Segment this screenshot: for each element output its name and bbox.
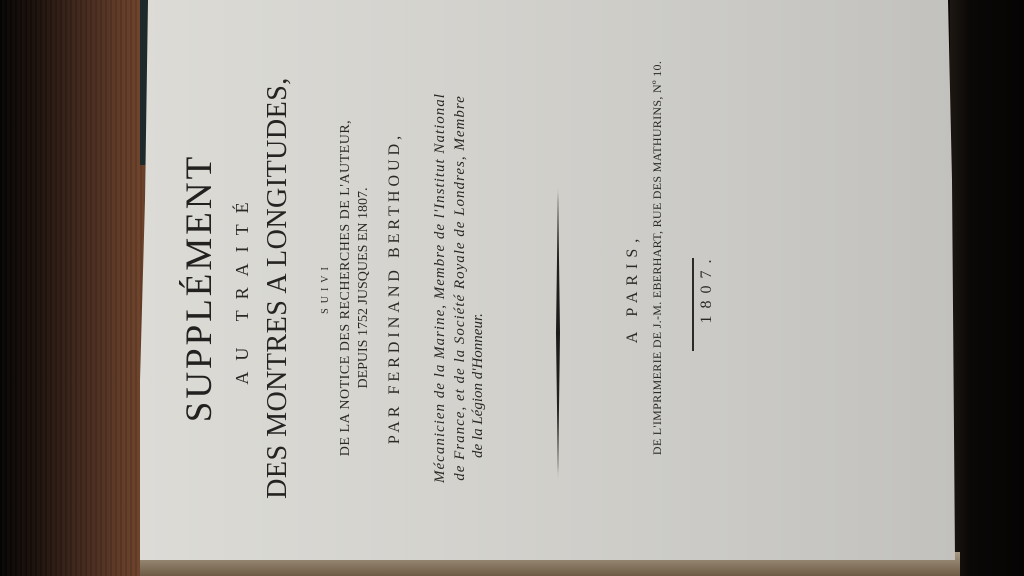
- dark-background: [950, 0, 1024, 576]
- suivi-label: SUIVI: [320, 0, 331, 576]
- notice-line-1: DE LA NOTICE DES RECHERCHES DE L'AUTEUR,: [338, 0, 354, 576]
- subtitle-au-traite: AU TRAITÉ: [232, 0, 253, 576]
- credentials-line-1: Mécanicien de la Marine, Membre de l'Ins…: [432, 0, 449, 576]
- place-of-publication: A PARIS,: [624, 0, 642, 576]
- credentials-line-2: de France, et de la Société Royale de Lo…: [452, 0, 469, 576]
- wooden-table-surface: [0, 0, 160, 576]
- subtitle-montres: DES MONTRES A LONGITUDES,: [262, 0, 294, 576]
- publication-year: 1807.: [698, 0, 716, 576]
- author-line: PAR FERDINAND BERTHOUD,: [386, 0, 404, 576]
- notice-line-2: DEPUIS 1752 JUSQUES EN 1807.: [356, 0, 372, 576]
- printer-line: DE L'IMPRIMERIE DE J.-M. EBERHART, RUE D…: [650, 0, 665, 546]
- main-title: SUPPLÉMENT: [178, 0, 221, 576]
- credentials-line-3: de la Légion d'Honneur.: [470, 0, 487, 458]
